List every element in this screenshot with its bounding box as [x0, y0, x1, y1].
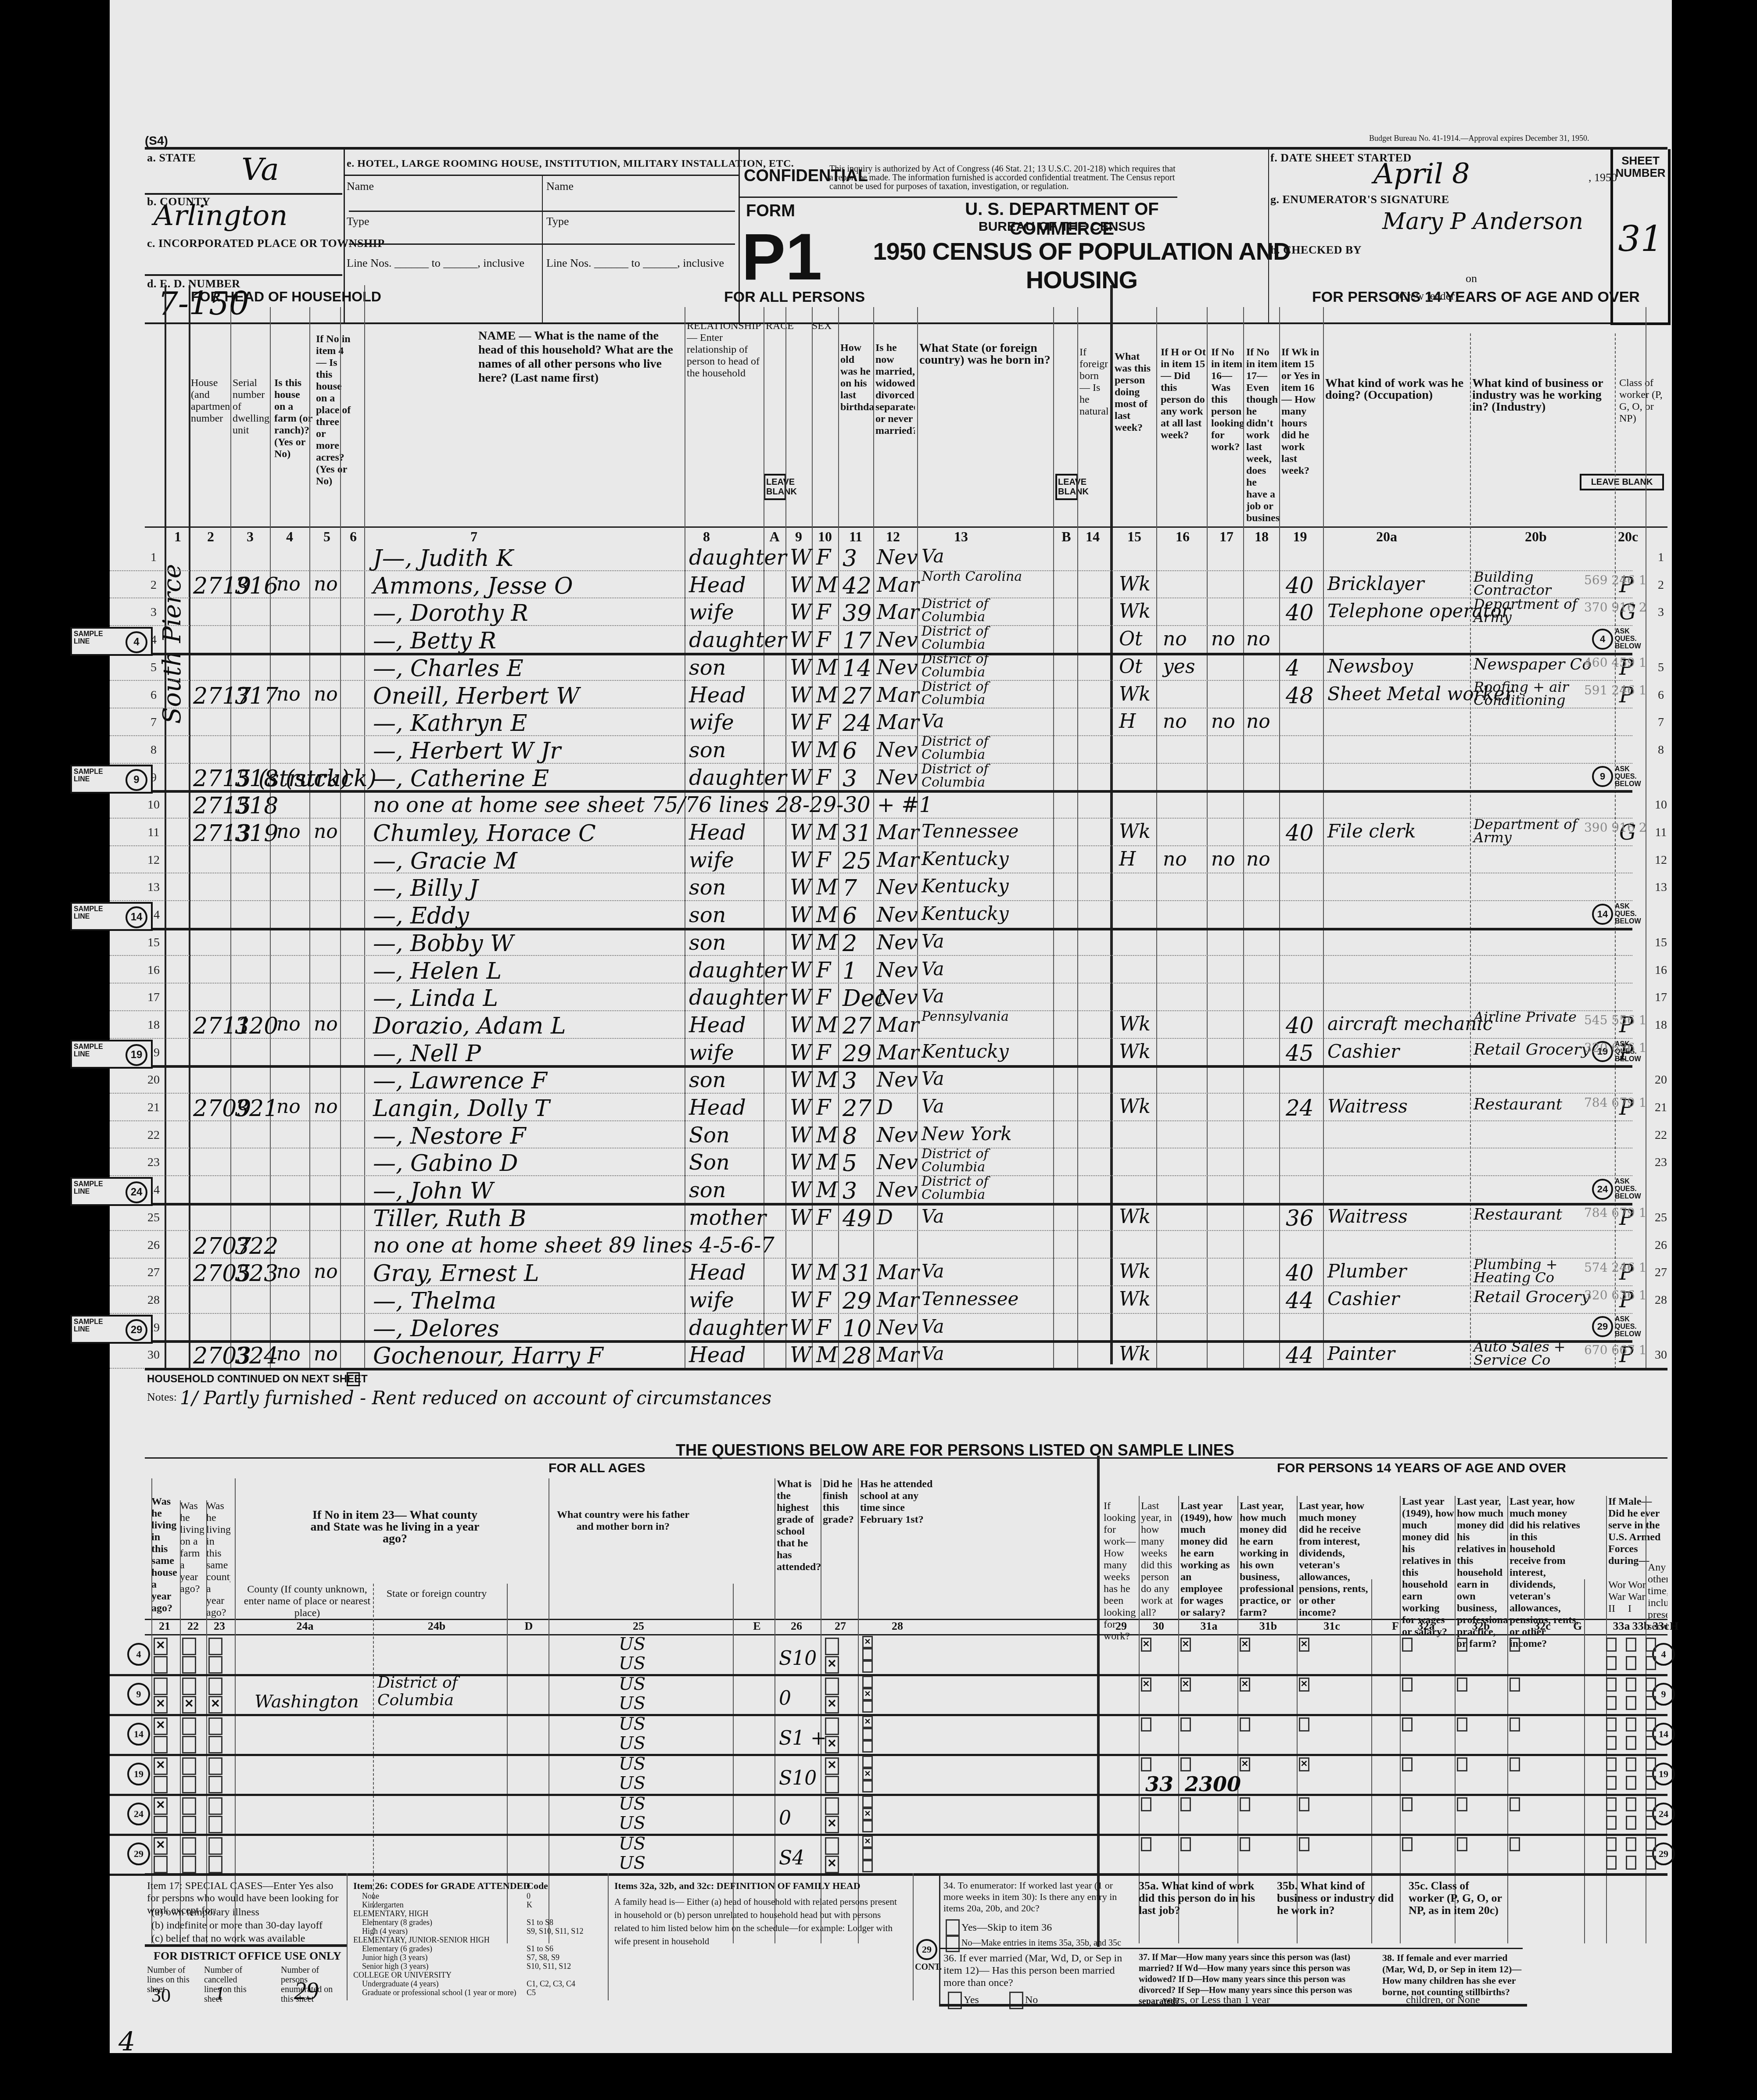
grade-codes-title: Item 26: CODES for GRADE ATTENDED — [353, 1880, 530, 1892]
c23-yes-checkbox[interactable] — [208, 1638, 224, 1655]
age: 6 — [843, 903, 857, 929]
line-number-right: 13 — [1648, 880, 1674, 894]
q36-yes-option[interactable]: Yes — [948, 1992, 979, 2009]
relationship: son — [689, 1068, 726, 1092]
c31b-none-checkbox[interactable] — [1240, 1837, 1252, 1851]
c21-yes-checkbox[interactable]: ✕ — [154, 1757, 169, 1775]
armed-forces-yes-checkbox[interactable] — [1626, 1797, 1638, 1811]
armed-forces-no-checkbox[interactable] — [1626, 1856, 1638, 1870]
person-name: —, Gracie M — [373, 848, 517, 874]
ask-questions-tag: 9ASK QUES. BELOW — [1592, 766, 1641, 788]
armed-forces-no-checkbox[interactable] — [1646, 1656, 1658, 1670]
armed-forces-no-checkbox[interactable] — [1606, 1736, 1618, 1750]
c31c-none-checkbox[interactable]: ✕ — [1299, 1678, 1311, 1692]
c31b-none-checkbox[interactable]: ✕ — [1240, 1757, 1252, 1771]
finished-grade-yes-checkbox[interactable] — [825, 1717, 841, 1735]
relatives-income-none-checkbox[interactable] — [1457, 1638, 1469, 1652]
father-birthplace: US — [619, 1794, 645, 1814]
c23-yes-checkbox[interactable] — [208, 1797, 224, 1815]
activity-last-week: H — [1119, 848, 1136, 870]
sample-col-num: F — [1384, 1620, 1406, 1633]
hours-worked: 40 — [1286, 820, 1314, 846]
c31a-none-checkbox[interactable] — [1180, 1797, 1193, 1811]
sex: M — [816, 1260, 838, 1285]
finished-grade-yes-checkbox[interactable] — [825, 1678, 841, 1695]
c21-no-checkbox[interactable] — [154, 1816, 169, 1833]
line-number: 26 — [140, 1238, 167, 1252]
armed-forces-yes-checkbox[interactable] — [1646, 1837, 1658, 1851]
finished-grade-yes-checkbox[interactable] — [825, 1837, 841, 1855]
armed-forces-no-checkbox[interactable] — [1606, 1656, 1618, 1670]
c22-no-checkbox[interactable] — [182, 1736, 198, 1753]
armed-forces-yes-checkbox[interactable] — [1626, 1757, 1638, 1771]
c22-yes-checkbox[interactable] — [182, 1797, 198, 1815]
c21-no-checkbox[interactable] — [154, 1736, 169, 1753]
armed-forces-no-checkbox[interactable] — [1646, 1736, 1658, 1750]
c31c-none-checkbox[interactable]: ✕ — [1299, 1757, 1311, 1771]
grade-code-label: Elementary (8 grades) — [362, 1918, 432, 1927]
c23-no-checkbox[interactable] — [208, 1736, 224, 1753]
birthplace: New York — [922, 1123, 1012, 1145]
attended-school-no-checkbox[interactable] — [862, 1648, 875, 1660]
c31a-none-checkbox[interactable]: ✕ — [1180, 1678, 1193, 1692]
q36-no-option[interactable]: No — [1009, 1992, 1038, 2009]
col-19-header: If Wk in item 15 or Yes in item 16— How … — [1281, 347, 1321, 477]
line-number: 7 — [140, 716, 167, 730]
c21-yes-checkbox[interactable] — [154, 1678, 169, 1695]
sex: F — [816, 848, 831, 873]
person-name: no one at home see sheet 75/76 lines 28-… — [373, 793, 932, 817]
sex: F — [816, 958, 831, 983]
line-number-right: 21 — [1648, 1101, 1674, 1115]
c23-yes-checkbox[interactable] — [208, 1678, 224, 1695]
c21-no-checkbox[interactable] — [154, 1656, 169, 1674]
sample-line-number: 9 — [125, 769, 147, 791]
activity-last-week: Wk — [1119, 1041, 1151, 1063]
attended-school-yes-checkbox[interactable]: ✕ — [862, 1636, 875, 1648]
line-number: 20 — [140, 1073, 167, 1087]
birthplace: District of Columbia — [922, 625, 1053, 651]
birthplace: District of Columbia — [922, 680, 1053, 707]
line-number-right: 16 — [1648, 963, 1674, 977]
state-label: a. STATE — [147, 151, 196, 165]
c31b-none-checkbox[interactable]: ✕ — [1240, 1638, 1252, 1652]
armed-forces-yes-checkbox[interactable] — [1606, 1678, 1618, 1692]
c23-yes-checkbox[interactable] — [208, 1837, 224, 1855]
attended-school-no-checkbox[interactable] — [862, 1848, 875, 1860]
relatives-income-none-checkbox[interactable] — [1510, 1797, 1522, 1811]
armed-forces-yes-checkbox[interactable] — [1606, 1797, 1618, 1811]
line-number-right: 1 — [1648, 551, 1674, 565]
activity-last-week: Wk — [1119, 1343, 1151, 1365]
armed-forces-yes-checkbox[interactable] — [1646, 1757, 1658, 1771]
sample-row: 1919✕USUSS10✕✕✕✕332300 — [110, 1754, 1667, 1796]
finished-grade-no-checkbox[interactable]: ✕ — [825, 1656, 841, 1674]
race: W — [790, 985, 811, 1010]
age: 5 — [843, 1150, 857, 1177]
weeks-worked-none-checkbox[interactable] — [1141, 1797, 1153, 1811]
armed-forces-yes-checkbox[interactable] — [1626, 1678, 1638, 1692]
col-26-header: What is the highest grade of school that… — [777, 1478, 821, 1573]
line-number: 27 — [140, 1266, 167, 1280]
wage-income-value: 2300 — [1185, 1772, 1241, 1796]
col-14-header: If foreign born— Is he naturalized? — [1079, 347, 1108, 418]
line-number-right: 6 — [1648, 688, 1674, 702]
sex: M — [816, 573, 838, 597]
line-number-right: 12 — [1648, 853, 1674, 867]
attended-school-30-or-over-checkbox[interactable] — [862, 1740, 875, 1753]
age: 3 — [843, 766, 857, 792]
relatives-income-none-checkbox[interactable] — [1402, 1638, 1414, 1652]
sex: F — [816, 1041, 831, 1065]
c31a-none-checkbox[interactable] — [1180, 1757, 1193, 1771]
c21-yes-checkbox[interactable]: ✕ — [154, 1837, 169, 1855]
occupation: Cashier — [1327, 1041, 1399, 1062]
attended-school-30-or-over-checkbox[interactable] — [862, 1860, 875, 1872]
attended-school-yes-checkbox[interactable] — [862, 1756, 875, 1768]
hotel-lines-label-1: Line Nos. ______ to ______, inclusive — [347, 257, 524, 270]
attended-school-yes-checkbox[interactable] — [862, 1796, 875, 1808]
sample-section-title: THE QUESTIONS BELOW ARE FOR PERSONS LIST… — [676, 1441, 1234, 1460]
c22-no-checkbox[interactable]: ✕ — [182, 1696, 198, 1714]
relatives-income-none-checkbox[interactable] — [1402, 1678, 1414, 1692]
marital-status: Nev — [877, 875, 918, 899]
c23-no-checkbox[interactable]: ✕ — [208, 1696, 224, 1714]
birthplace: Kentucky — [922, 848, 1009, 869]
section-persons-14: FOR PERSONS 14 YEARS OF AGE AND OVER — [1312, 289, 1640, 306]
sex: M — [816, 1123, 838, 1148]
c23-no-checkbox[interactable] — [208, 1856, 224, 1873]
table-row: 14SAMPLE LINE1414ASK QUES. BELOW—, Eddys… — [110, 900, 1632, 930]
col-12-header: Is he now married, widowed, divorced, se… — [875, 342, 915, 437]
marital-status: Mar — [877, 1343, 919, 1367]
age: 14 — [843, 655, 871, 682]
activity-last-week: Wk — [1119, 1013, 1151, 1035]
leave-blank-a: LEAVE BLANK — [764, 474, 786, 500]
c21-no-checkbox[interactable]: ✕ — [154, 1696, 169, 1714]
relatives-income-none-checkbox[interactable] — [1510, 1757, 1522, 1771]
attended-school-yes-checkbox[interactable]: ✕ — [862, 1716, 875, 1728]
c23-no-checkbox[interactable] — [208, 1776, 224, 1793]
birthplace: Va — [922, 985, 944, 1007]
sheet-number-value: 31 — [1613, 218, 1668, 259]
relatives-income-none-checkbox[interactable] — [1457, 1837, 1469, 1851]
attended-school-no-checkbox[interactable]: ✕ — [862, 1688, 875, 1700]
relationship: Son — [689, 1150, 730, 1175]
race: W — [790, 1260, 811, 1285]
hours-worked: 45 — [1286, 1041, 1314, 1066]
c22-no-checkbox[interactable] — [182, 1776, 198, 1793]
weeks-worked-none-checkbox[interactable] — [1141, 1837, 1153, 1851]
acres-answer: no — [314, 683, 338, 705]
c21-no-checkbox[interactable] — [154, 1856, 169, 1873]
armed-forces-yes-checkbox[interactable] — [1606, 1837, 1618, 1851]
sample-col-num: 27 — [829, 1620, 851, 1633]
c22-yes-checkbox[interactable] — [182, 1638, 198, 1655]
armed-forces-no-checkbox[interactable] — [1626, 1696, 1638, 1710]
q34-yes-option[interactable]: Yes—Skip to item 36 — [946, 1919, 1052, 1937]
relationship: son — [689, 738, 726, 762]
c31c-none-checkbox[interactable] — [1299, 1797, 1311, 1811]
q34-no-option[interactable]: No—Make entries in items 35a, 35b, and 3… — [946, 1935, 1121, 1952]
table-row: 30302703324nonoGochenour, Harry FHeadWM2… — [110, 1340, 1632, 1369]
relatives-income-none-checkbox[interactable] — [1510, 1717, 1522, 1732]
occupation: Waitress — [1327, 1095, 1408, 1117]
activity-last-week: Wk — [1119, 1288, 1151, 1310]
armed-forces-no-checkbox[interactable] — [1606, 1776, 1618, 1790]
c22-yes-checkbox[interactable] — [182, 1678, 198, 1695]
attended-school-30-or-over-checkbox[interactable] — [862, 1780, 875, 1792]
c31a-none-checkbox[interactable] — [1180, 1837, 1193, 1851]
finished-grade-no-checkbox[interactable]: ✕ — [825, 1816, 841, 1833]
armed-forces-yes-checkbox[interactable] — [1626, 1837, 1638, 1851]
c21-yes-checkbox[interactable]: ✕ — [154, 1797, 169, 1815]
worked-last-week: no — [1163, 710, 1187, 733]
relatives-income-none-checkbox[interactable] — [1510, 1678, 1522, 1692]
relatives-income-none-checkbox[interactable] — [1402, 1837, 1414, 1851]
age: 29 — [843, 1288, 871, 1314]
marital-status: Mar — [877, 1288, 919, 1312]
birthplace: District of Columbia — [922, 1175, 1053, 1202]
attended-school-30-or-over-checkbox[interactable] — [862, 1660, 875, 1673]
armed-forces-yes-checkbox[interactable] — [1646, 1678, 1658, 1692]
table-row: 11J—, Judith KdaughterWF3NevVa — [110, 543, 1632, 571]
relatives-income-none-checkbox[interactable] — [1402, 1797, 1414, 1811]
person-name: J—, Judith K — [373, 545, 513, 572]
attended-school-yes-checkbox[interactable] — [862, 1676, 875, 1688]
col-24b-header: State or foreign country — [382, 1588, 491, 1600]
armed-forces-yes-checkbox[interactable] — [1646, 1717, 1658, 1732]
finished-grade-no-checkbox[interactable]: ✕ — [825, 1736, 841, 1753]
armed-forces-yes-checkbox[interactable] — [1606, 1757, 1618, 1771]
relatives-income-none-checkbox[interactable] — [1510, 1837, 1522, 1851]
hotel-type-label-1: Type — [347, 215, 369, 228]
armed-forces-no-checkbox[interactable] — [1646, 1816, 1658, 1830]
sex: M — [816, 875, 838, 900]
dwelling-serial: 319 — [235, 820, 278, 847]
relatives-income-none-checkbox[interactable] — [1457, 1717, 1469, 1732]
line-number: 23 — [140, 1156, 167, 1170]
enumerator-label: g. ENUMERATOR'S SIGNATURE — [1270, 193, 1449, 206]
has-job: no — [1246, 848, 1270, 870]
c23-yes-checkbox[interactable] — [208, 1757, 224, 1775]
birthplace: Va — [922, 1316, 944, 1337]
armed-forces-yes-checkbox[interactable] — [1626, 1638, 1638, 1652]
finished-grade-yes-checkbox[interactable] — [825, 1638, 841, 1655]
grade-code-label: Junior high (3 years) — [362, 1953, 427, 1962]
highest-grade: S1 + — [779, 1727, 827, 1749]
armed-forces-yes-checkbox[interactable] — [1626, 1717, 1638, 1732]
farm-answer: no — [276, 1013, 301, 1035]
col-23-header: Was he living in this same county a year… — [206, 1500, 230, 1619]
c31c-none-checkbox[interactable] — [1299, 1837, 1311, 1851]
race: W — [790, 655, 811, 680]
age: 42 — [843, 573, 871, 599]
relatives-income-none-checkbox[interactable] — [1457, 1678, 1469, 1692]
c23-yes-checkbox[interactable] — [208, 1717, 224, 1735]
c21-no-checkbox[interactable] — [154, 1776, 169, 1793]
line-number: 10 — [140, 798, 167, 812]
col-21-header: Was he living in this same house a year … — [151, 1496, 178, 1614]
c22-no-checkbox[interactable] — [182, 1816, 198, 1833]
marital-status: Nev — [877, 1123, 918, 1147]
marital-status: Nev — [877, 985, 918, 1009]
col-31b-header: Last year, how much money did he earn wo… — [1240, 1500, 1294, 1619]
finished-grade-no-checkbox[interactable]: ✕ — [825, 1856, 841, 1873]
c31c-none-checkbox[interactable] — [1299, 1717, 1311, 1732]
col-5-header: If No in item 4— Is this house on a plac… — [316, 333, 351, 487]
household-continued-checkbox[interactable] — [347, 1372, 360, 1386]
ask-questions-tag: 14ASK QUES. BELOW — [1592, 903, 1641, 925]
weeks-worked-none-checkbox[interactable]: ✕ — [1141, 1678, 1153, 1692]
line-number-right: 10 — [1648, 798, 1674, 812]
farm-answer: no — [276, 573, 301, 595]
sample-line-label: SAMPLE LINE — [72, 1179, 106, 1197]
activity-last-week: Wk — [1119, 683, 1151, 705]
line-number-right: 18 — [1648, 1018, 1674, 1032]
race: W — [790, 903, 811, 927]
armed-forces-no-checkbox[interactable] — [1626, 1736, 1638, 1750]
person-name: Ammons, Jesse O — [373, 573, 573, 599]
armed-forces-no-checkbox[interactable] — [1626, 1656, 1638, 1670]
person-name: —, Billy J — [373, 875, 478, 902]
armed-forces-no-checkbox[interactable] — [1626, 1776, 1638, 1790]
occupation: Plumber — [1327, 1260, 1406, 1282]
acres-answer: no — [314, 1343, 338, 1365]
relatives-income-none-checkbox[interactable] — [1457, 1797, 1469, 1811]
relatives-income-none-checkbox[interactable] — [1510, 1638, 1522, 1652]
hours-worked: 40 — [1286, 573, 1314, 598]
grade-code-label: ELEMENTARY, JUNIOR-SENIOR HIGH — [353, 1935, 490, 1944]
activity-last-week: Ot — [1119, 628, 1143, 650]
sample-line-circle: 4 — [127, 1643, 150, 1666]
line-number: 15 — [140, 936, 167, 950]
person-name: —, Nestore F — [373, 1123, 526, 1149]
c22-yes-checkbox[interactable] — [182, 1717, 198, 1735]
c31c-none-checkbox[interactable]: ✕ — [1299, 1638, 1311, 1652]
weeks-worked-none-checkbox[interactable] — [1141, 1717, 1153, 1732]
finished-grade-yes-checkbox[interactable]: ✕ — [825, 1757, 841, 1775]
attended-school-30-or-over-checkbox[interactable] — [862, 1700, 875, 1713]
relatives-income-none-checkbox[interactable] — [1402, 1717, 1414, 1732]
race: W — [790, 1206, 811, 1230]
armed-forces-no-checkbox[interactable] — [1646, 1856, 1658, 1870]
armed-forces-yes-checkbox[interactable] — [1646, 1638, 1658, 1652]
q38-text: 38. If female and ever married (Mar, Wd,… — [1382, 1952, 1523, 1998]
mother-birthplace: US — [619, 1813, 645, 1833]
sample-row: 44✕USUSS10✕✕✕✕✕✕ — [110, 1634, 1667, 1676]
col-8-header: RELATIONSHIP — Enter relationship of per… — [687, 320, 761, 379]
marital-status: Nev — [877, 766, 918, 789]
c22-no-checkbox[interactable] — [182, 1656, 198, 1674]
relationship: wife — [689, 848, 734, 873]
marital-status: Nev — [877, 655, 918, 679]
has-job: no — [1246, 628, 1270, 650]
armed-forces-no-checkbox[interactable] — [1646, 1696, 1658, 1710]
ask-questions-tag: 4ASK QUES. BELOW — [1592, 628, 1641, 650]
c22-yes-checkbox[interactable] — [182, 1757, 198, 1775]
age: 27 — [843, 1013, 871, 1039]
table-row: 222719316nonoAmmons, Jesse OHeadWM42MarN… — [110, 570, 1632, 599]
person-name: Oneill, Herbert W — [373, 683, 580, 709]
sex: F — [816, 545, 831, 570]
mother-birthplace: US — [619, 1853, 645, 1873]
residence-county: Washington — [255, 1692, 359, 1712]
finished-grade-no-checkbox[interactable]: ✕ — [825, 1696, 841, 1714]
relatives-income-none-checkbox[interactable] — [1402, 1757, 1414, 1771]
armed-forces-no-checkbox[interactable] — [1606, 1696, 1618, 1710]
finished-grade-no-checkbox[interactable] — [825, 1776, 841, 1793]
table-row: 1717—, Linda LdaughterWFDecNevVa — [110, 983, 1632, 1011]
table-row: 26262707322no one at home sheet 89 lines… — [110, 1231, 1632, 1259]
relatives-income-none-checkbox[interactable] — [1457, 1757, 1469, 1771]
relationship: Head — [689, 683, 746, 708]
c21-yes-checkbox[interactable]: ✕ — [154, 1717, 169, 1735]
c23-no-checkbox[interactable] — [208, 1816, 224, 1833]
c22-yes-checkbox[interactable] — [182, 1837, 198, 1855]
finished-grade-yes-checkbox[interactable] — [825, 1797, 841, 1815]
hours-worked: 40 — [1286, 1260, 1314, 1286]
sex: F — [816, 766, 831, 790]
table-row: 10102715318no one at home see sheet 75/7… — [110, 790, 1632, 819]
activity-last-week: Wk — [1119, 1260, 1151, 1283]
dwelling-serial: 324 — [235, 1343, 278, 1369]
relationship: daughter — [689, 958, 787, 983]
c31a-none-checkbox[interactable]: ✕ — [1180, 1638, 1193, 1652]
dwelling-serial: 320 — [235, 1013, 278, 1039]
sample-col-num: 29 — [1110, 1620, 1132, 1633]
c31b-none-checkbox[interactable]: ✕ — [1240, 1678, 1252, 1692]
c31b-none-checkbox[interactable] — [1240, 1717, 1252, 1732]
armed-forces-yes-checkbox[interactable] — [1606, 1638, 1618, 1652]
state-value: Va — [241, 151, 279, 187]
section-head-of-household: FOR HEAD OF HOUSEHOLD — [191, 289, 381, 305]
c31a-none-checkbox[interactable] — [1180, 1717, 1193, 1732]
col-20b-header: What kind of business or industry was he… — [1472, 377, 1613, 413]
attended-school-no-checkbox[interactable]: ✕ — [862, 1768, 875, 1780]
sex: M — [816, 930, 838, 955]
attended-school-no-checkbox[interactable] — [862, 1728, 875, 1740]
cont-circle: 29 — [916, 1939, 937, 1960]
sex: M — [816, 903, 838, 927]
attended-school-yes-checkbox[interactable]: ✕ — [862, 1835, 875, 1848]
armed-forces-no-checkbox[interactable] — [1626, 1816, 1638, 1830]
c23-no-checkbox[interactable] — [208, 1656, 224, 1674]
weeks-worked-none-checkbox[interactable]: ✕ — [1141, 1638, 1153, 1652]
c31b-none-checkbox[interactable] — [1240, 1797, 1252, 1811]
age: 3 — [843, 1178, 857, 1204]
col-18-header: If No in item 17— Even though he didn't … — [1246, 347, 1279, 524]
c21-yes-checkbox[interactable]: ✕ — [154, 1638, 169, 1655]
armed-forces-yes-checkbox[interactable] — [1606, 1717, 1618, 1732]
armed-forces-no-checkbox[interactable] — [1606, 1856, 1618, 1870]
col-24a-header: County (If county unknown, enter name of… — [241, 1584, 373, 1619]
attended-school-30-or-over-checkbox[interactable] — [862, 1820, 875, 1832]
attended-school-no-checkbox[interactable]: ✕ — [862, 1808, 875, 1820]
armed-forces-no-checkbox[interactable] — [1606, 1816, 1618, 1830]
line-number: 3 — [140, 605, 167, 619]
col-33-header: If Male— Did he ever serve in the U.S. A… — [1608, 1496, 1670, 1567]
sample-line-circle: 29 — [127, 1842, 150, 1865]
armed-forces-no-checkbox[interactable] — [1646, 1776, 1658, 1790]
line-number: 21 — [140, 1101, 167, 1115]
relationship: daughter — [689, 545, 787, 570]
birthplace: Pennsylvania — [922, 1010, 1053, 1023]
armed-forces-yes-checkbox[interactable] — [1646, 1797, 1658, 1811]
industry: Newspaper Co — [1474, 655, 1592, 673]
weeks-worked-none-checkbox[interactable] — [1141, 1757, 1153, 1771]
c22-no-checkbox[interactable] — [182, 1856, 198, 1873]
